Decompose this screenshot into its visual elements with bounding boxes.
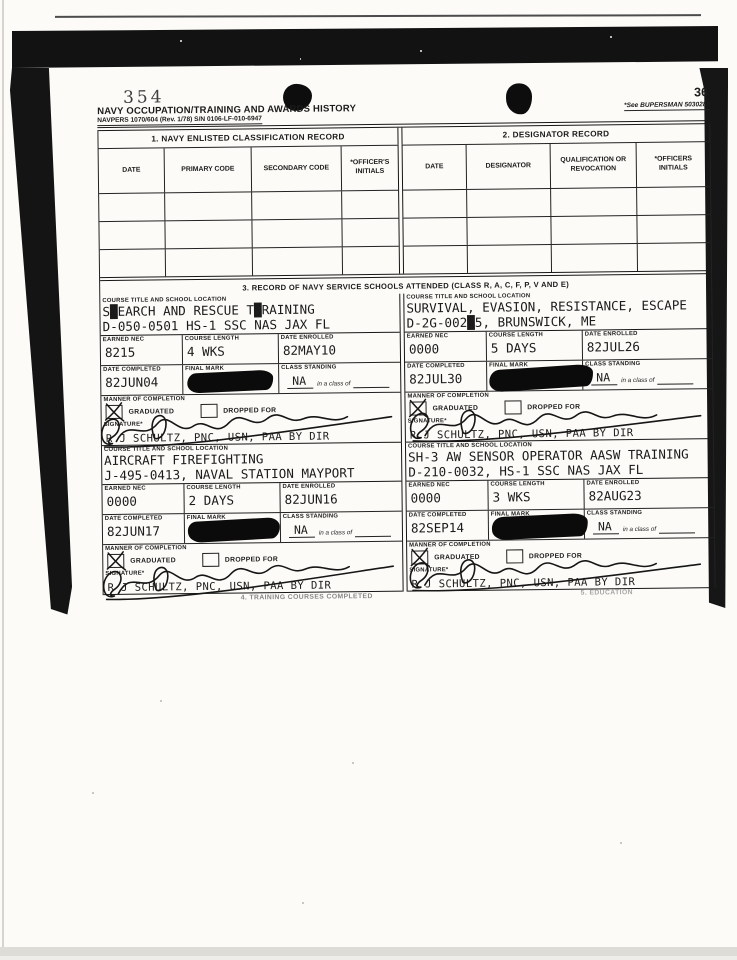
- course-length-value: 4 WKS: [183, 341, 278, 359]
- scan-black-band-left: [8, 68, 74, 620]
- column-header: DATE: [403, 145, 467, 190]
- column-header: *OFFICER'S INITIALS: [342, 146, 398, 191]
- blank-line: [353, 379, 389, 388]
- form-header: 354 36 *See BUPERSMAN 5030280 NAVY OCCUP…: [97, 79, 710, 127]
- date-completed-value: 82JUN17: [103, 521, 184, 539]
- table-row: [403, 215, 710, 246]
- designator-record-table: DATE DESIGNATOR QUALIFICATION OR REVOCAT…: [403, 141, 711, 273]
- enlisted-classification-table: DATE PRIMARY CODE SECONDARY CODE *OFFICE…: [99, 145, 399, 277]
- table-row: [100, 247, 399, 277]
- table-row: [403, 187, 710, 218]
- blank-line: [355, 528, 391, 537]
- course-length-value: 5 DAYS: [487, 338, 582, 356]
- date-enrolled-value: 82MAY10: [279, 340, 400, 358]
- scan-page-edge: [55, 14, 701, 18]
- scan-speck: [302, 902, 304, 904]
- scanned-document-page: 354 36 *See BUPERSMAN 5030280 NAVY OCCUP…: [0, 0, 737, 960]
- class-standing-value: NA: [591, 370, 617, 385]
- earned-nec-value: 0000: [406, 488, 487, 506]
- scan-black-bar: [12, 26, 718, 68]
- scan-speck: [620, 842, 622, 844]
- date-enrolled-value: 82JUL26: [583, 336, 712, 354]
- scan-edge-line: [2, 0, 4, 960]
- redaction-mark: [491, 513, 588, 540]
- date-completed-value: 82JUL30: [405, 369, 486, 387]
- date-completed-value: 82SEP14: [407, 518, 488, 536]
- class-standing-value: NA: [289, 523, 315, 538]
- redaction-mark: [187, 370, 274, 394]
- date-enrolled-value: 82JUN16: [280, 489, 401, 507]
- scan-bottom-strip-light: [0, 956, 737, 960]
- in-a-class-of-label: in a class of: [319, 529, 352, 536]
- scan-speck: [92, 792, 94, 794]
- course-length-value: 2 DAYS: [184, 490, 279, 508]
- scan-speck: [160, 700, 162, 702]
- class-standing-value: NA: [593, 519, 619, 534]
- scan-speck: [180, 40, 182, 42]
- navpers-form: 354 36 *See BUPERSMAN 5030280 NAVY OCCUP…: [97, 79, 716, 609]
- in-a-class-of-label: in a class of: [621, 377, 654, 384]
- course-location: D-2G-002█5, BRUNSWICK, ME: [405, 312, 712, 330]
- earned-nec-value: 0000: [405, 339, 486, 357]
- scan-bottom-strip: [0, 947, 737, 956]
- column-header: SECONDARY CODE: [252, 146, 342, 191]
- in-a-class-of-label: in a class of: [623, 526, 656, 533]
- ink-blob: [506, 83, 532, 114]
- table-row: [404, 243, 711, 273]
- column-header: DATE: [99, 148, 165, 193]
- scan-speck: [300, 58, 301, 60]
- blank-line: [659, 524, 695, 533]
- column-header: *OFFICERS INITIALS: [637, 142, 710, 187]
- course-location: D-050-0501 HS-1 SSC NAS JAX FL: [101, 316, 400, 334]
- course-block-search-and-rescue: COURSE TITLE AND SCHOOL LOCATION S█EARCH…: [100, 294, 401, 446]
- section5-cutoff-label: 5. EDUCATION: [581, 589, 633, 597]
- scan-speck: [420, 50, 422, 52]
- form-number: NAVPERS 1070/604 (Rev. 1/78) S/N 0106-LF…: [97, 115, 262, 125]
- section4-cutoff-label: 4. TRAINING COURSES COMPLETED: [241, 593, 373, 601]
- column-header: QUALIFICATION OR REVOCATION: [551, 143, 637, 188]
- bupersman-reference: *See BUPERSMAN 5030280: [624, 101, 710, 111]
- in-a-class-of-label: in a class of: [317, 380, 350, 387]
- page-number: 36: [694, 85, 708, 99]
- record-tables: DATE PRIMARY CODE SECONDARY CODE *OFFICE…: [99, 141, 711, 277]
- table-row: [99, 219, 398, 250]
- column-header: DESIGNATOR: [467, 144, 551, 189]
- scan-speck: [610, 36, 612, 38]
- course-location: D-210-0032, HS-1 SSC NAS JAX FL: [406, 461, 713, 479]
- blank-line: [657, 375, 693, 384]
- earned-nec-value: 0000: [102, 491, 183, 509]
- redaction-mark: [187, 517, 280, 543]
- course-block-firefighting: COURSE TITLE AND SCHOOL LOCATION AIRCRAF…: [102, 443, 403, 595]
- column-header: PRIMARY CODE: [165, 147, 252, 192]
- table-row: [99, 191, 398, 222]
- course-length-value: 3 WKS: [488, 487, 583, 505]
- earned-nec-value: 8215: [101, 342, 182, 360]
- course-block-sensor-operator: COURSE TITLE AND SCHOOL LOCATION SH-3 AW…: [406, 439, 715, 591]
- course-block-sere: COURSE TITLE AND SCHOOL LOCATION SURVIVA…: [404, 290, 713, 442]
- date-enrolled-value: 82AUG23: [584, 485, 713, 503]
- scan-speck: [352, 762, 354, 764]
- class-standing-value: NA: [287, 374, 313, 389]
- date-completed-value: 82JUN04: [101, 372, 182, 390]
- course-location: J-495-0413, NAVAL STATION MAYPORT: [102, 465, 401, 483]
